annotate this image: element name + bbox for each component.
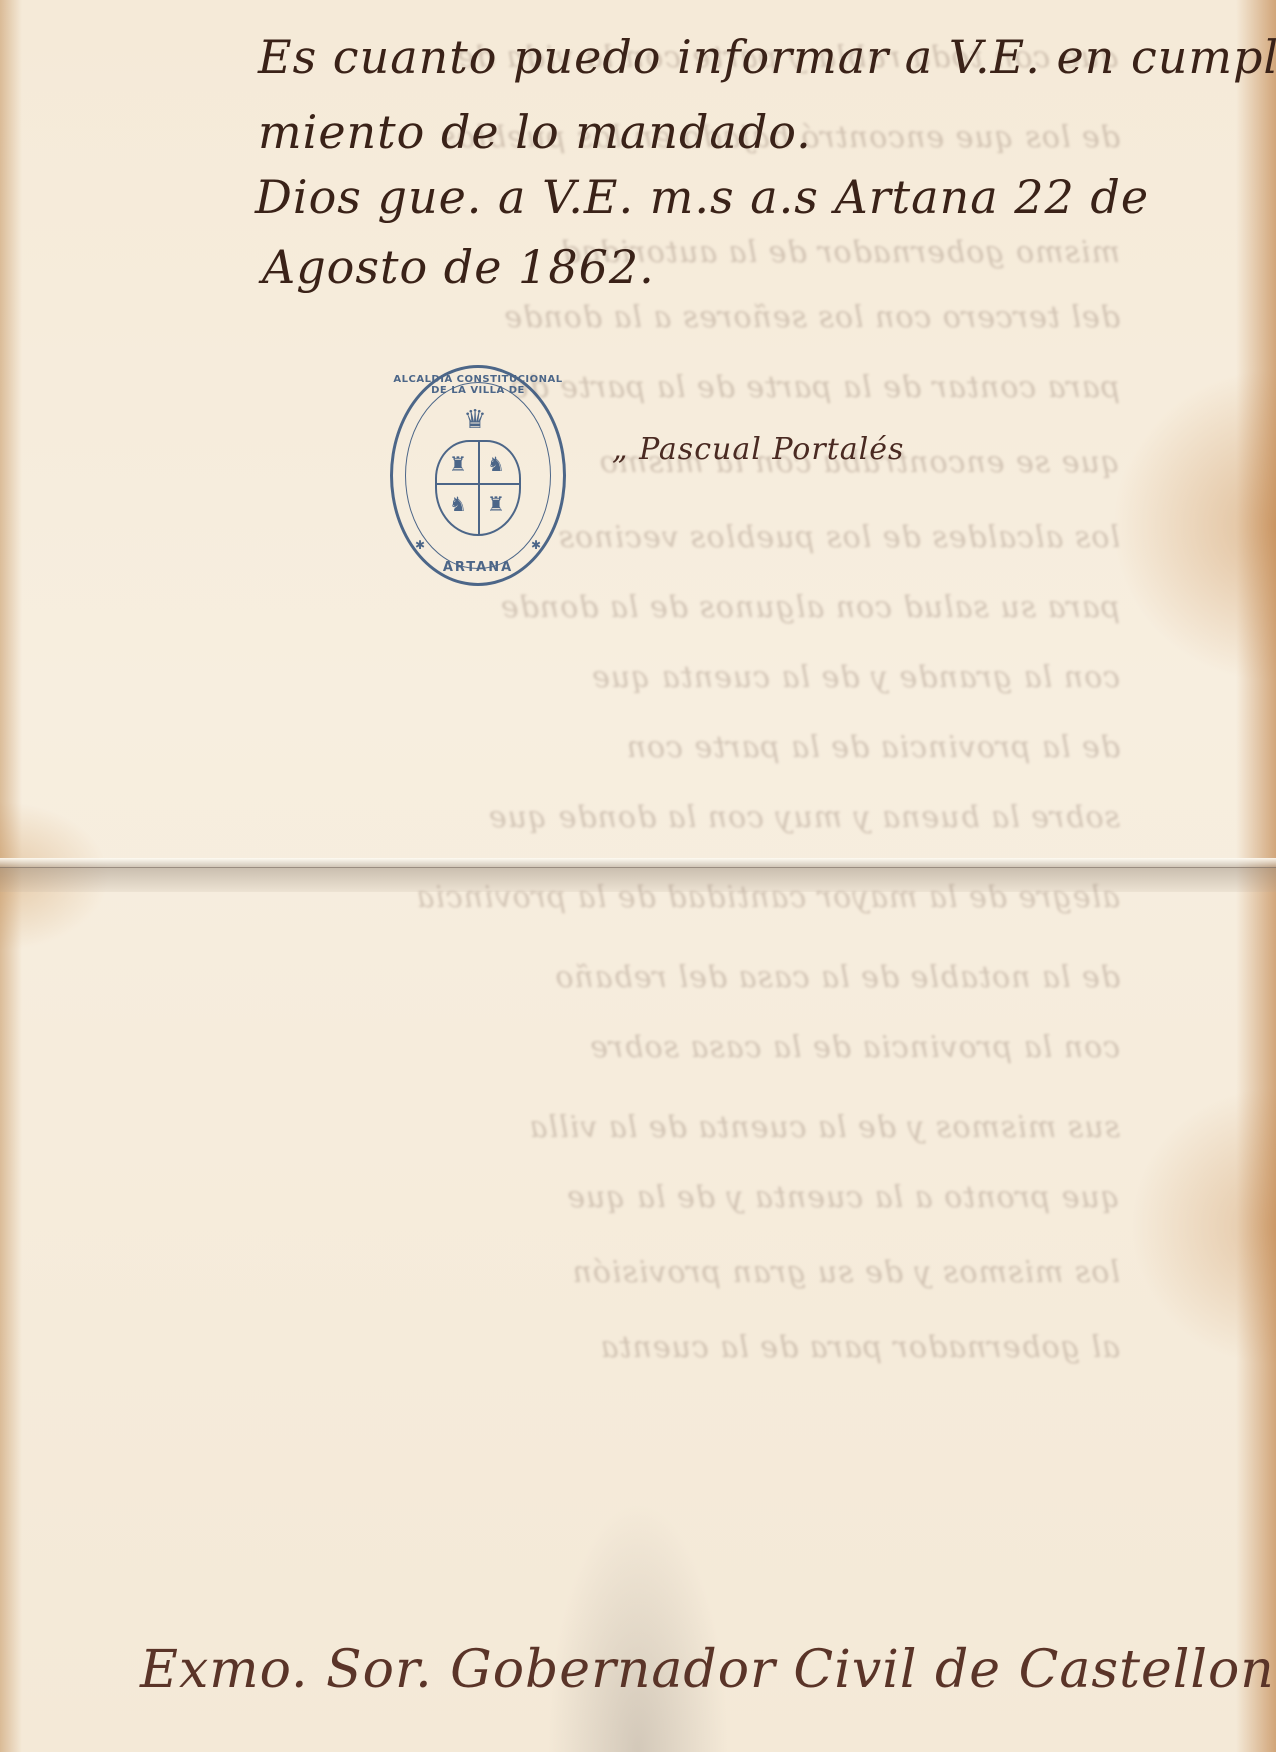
castle-icon: ♜ (449, 452, 467, 476)
bleed-line: de la provincia de la parte con (120, 730, 1120, 765)
bleed-line: los alcaldes de los pueblos vecinos (120, 520, 1120, 555)
castle-icon: ♜ (487, 492, 505, 516)
seal-text-top: ALCALDIA CONSTITUCIONAL DE LA VILLA DE (393, 374, 563, 396)
addressee-line: Exmo. Sor. Gobernador Civil de Castellon (140, 1640, 1275, 1700)
lion-icon: ♞ (449, 492, 467, 516)
bleed-line: con la provincia de la casa sobre (120, 1030, 1120, 1065)
paper-fold-crease (0, 858, 1276, 892)
lion-icon: ♞ (487, 452, 505, 476)
paper-fold-line (0, 867, 1276, 868)
bleed-line: con la grande y de la cuenta que (120, 660, 1120, 695)
body-line-2: miento de lo mandado. (258, 105, 812, 159)
body-line-1: Es cuanto puedo informar a V.E. en cumpl… (258, 30, 1276, 84)
ornament-icon: ✱ (531, 538, 541, 552)
bleed-line: para contar de la parte de la parte de (120, 370, 1120, 405)
bleed-line: al gobernador para de la cuenta (120, 1330, 1120, 1365)
bleed-line: para su salud con algunos de la donde (120, 590, 1120, 625)
ornament-icon: ✱ (415, 538, 425, 552)
bleed-line: sus mismos y de la cuenta de la villa (120, 1110, 1120, 1145)
body-line-3: Dios gue. a V.E. m.s a.s Artana 22 de (255, 170, 1149, 224)
bleed-line: que pronto a la cuenta y de la que (120, 1180, 1120, 1215)
municipal-seal-stamp: ALCALDIA CONSTITUCIONAL DE LA VILLA DE ♛… (390, 365, 566, 586)
bleed-line: los mismos y de su gran provisión (120, 1255, 1120, 1290)
seal-text-bottom: ARTANA (393, 560, 563, 575)
coat-of-arms-shield-icon: ♜ ♞ ♞ ♜ (435, 440, 521, 536)
bleed-line: sobre la buena y muy con la donde que (120, 800, 1120, 835)
bleed-line: del tercero con los señores a la donde (120, 300, 1120, 335)
bleed-line: de la notable de la casa del rebaño (120, 960, 1120, 995)
date-line: Agosto de 1862. (262, 240, 655, 294)
signature: „ Pascual Portalés (612, 432, 904, 467)
crown-icon: ♛ (453, 406, 497, 434)
